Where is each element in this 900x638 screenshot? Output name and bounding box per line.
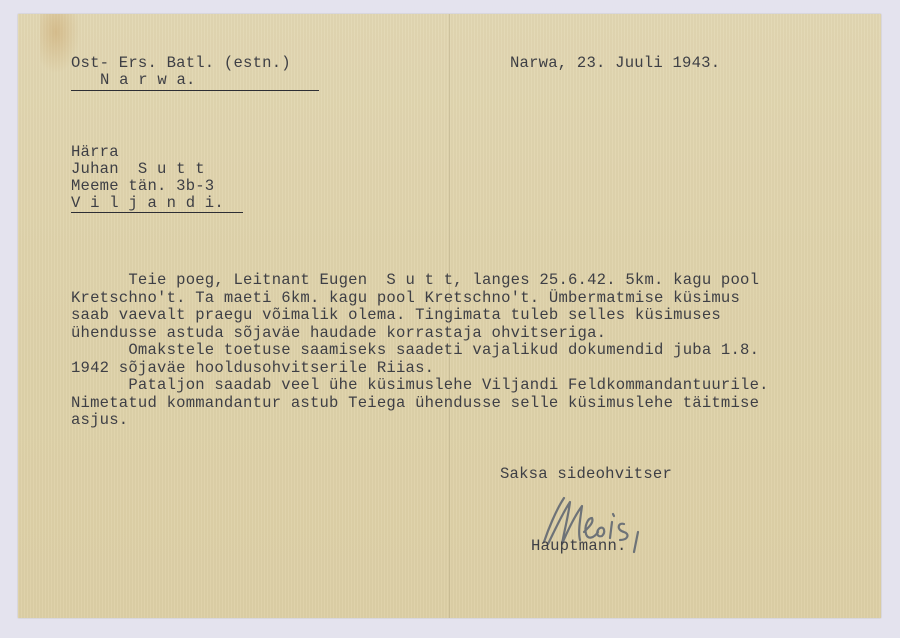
recipient-city-underline bbox=[71, 212, 243, 213]
body-line: 1942 sõjaväe hooldusohvitserile Riias. bbox=[71, 360, 434, 378]
letter-paper: Ost- Ers. Batl. (estn.) N a r w a. Narwa… bbox=[18, 14, 881, 618]
body-line: asjus. bbox=[71, 412, 128, 430]
closing-rank: Hauptmann. bbox=[531, 538, 627, 556]
recipient-street: Meeme tän. 3b-3 bbox=[71, 178, 214, 196]
letterhead-unit: Ost- Ers. Batl. (estn.) bbox=[71, 55, 291, 73]
recipient-name: Juhan S u t t bbox=[71, 161, 205, 179]
letterhead-underline bbox=[71, 90, 319, 91]
recipient-salutation: Härra bbox=[71, 144, 119, 162]
recipient-city: V i l j a n d i. bbox=[71, 195, 224, 213]
letterhead-city: N a r w a. bbox=[100, 72, 196, 90]
body-line: Pataljon saadab veel ühe küsimuslehe Vil… bbox=[71, 377, 769, 395]
dateline: Narwa, 23. Juuli 1943. bbox=[510, 55, 720, 73]
body-line: ühendusse astuda sõjaväe haudade korrast… bbox=[71, 325, 606, 343]
body-line: Teie poeg, Leitnant Eugen S u t t, lange… bbox=[71, 272, 759, 290]
body-line: Nimetatud kommandantur astub Teiega ühen… bbox=[71, 395, 759, 413]
body-line: Kretschno't. Ta maeti 6km. kagu pool Kre… bbox=[71, 290, 740, 308]
closing-title: Saksa sideohvitser bbox=[500, 466, 672, 484]
body-line: Omakstele toetuse saamiseks saadeti vaja… bbox=[71, 342, 759, 360]
body-line: saab vaevalt praegu võimalik olema. Ting… bbox=[71, 307, 721, 325]
